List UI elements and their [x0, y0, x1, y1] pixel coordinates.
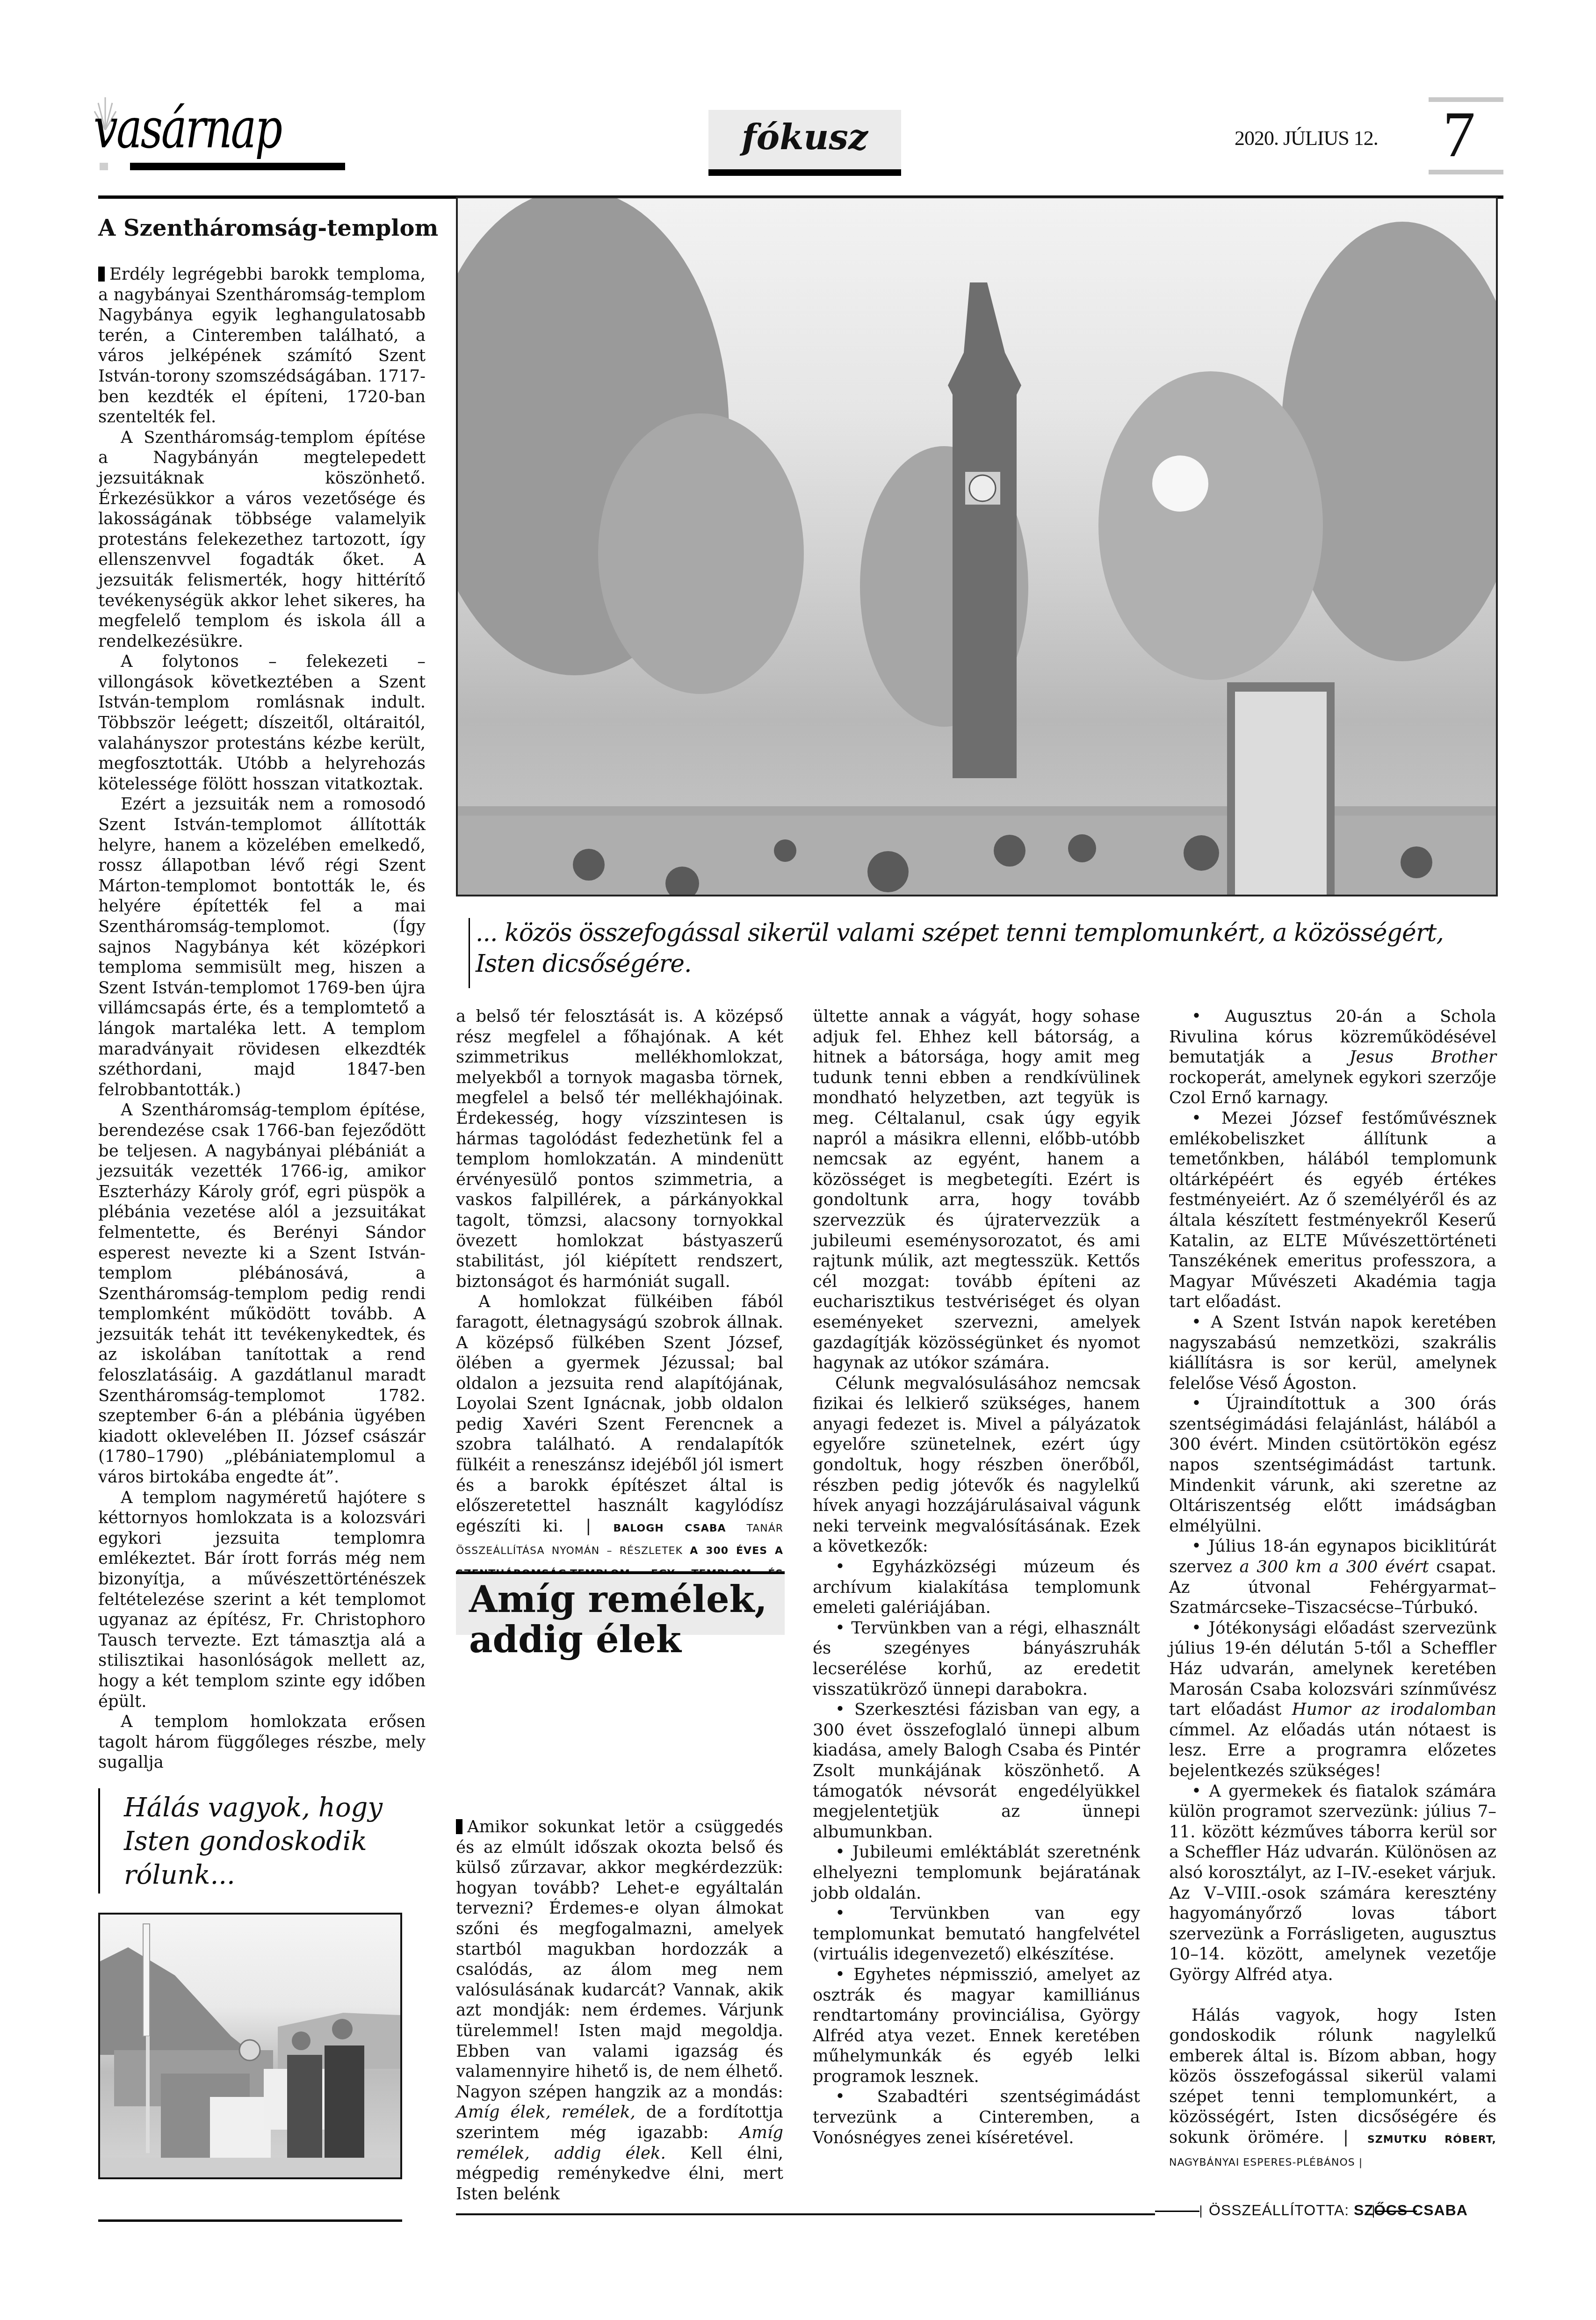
- paragraph: a belső tér felosztását is. A középső ré…: [456, 1006, 783, 1292]
- section-rule: [708, 169, 901, 176]
- altar-photo: [98, 1913, 402, 2179]
- page-number-bar-bottom: [1429, 170, 1503, 174]
- paragraph: ültette annak a vágyát, hogy sohase adju…: [813, 1006, 1140, 1373]
- column-bottom-rule: [456, 2213, 1155, 2215]
- bullet-item: • Szerkesztési fázisban van egy, a 300 é…: [813, 1699, 1140, 1842]
- closing-paragraph: Hálás vagyok, hogy Isten gondoskodik ról…: [1169, 2005, 1496, 2173]
- lead-paragraph: Erdély legrégebbi barokk temploma, a nag…: [98, 264, 426, 427]
- paragraph: A folytonos – felekezeti – villongások k…: [98, 651, 426, 794]
- paragraph: A templom nagyméretű hajótere s kéttorny…: [98, 1488, 426, 1712]
- article-column-2: a belső tér felosztását is. A középső ré…: [456, 1006, 783, 1630]
- bullet-item: • Tervünkben van egy templomunkat bemuta…: [813, 1903, 1140, 1965]
- headline: Amíg remélek, addig élek: [469, 1580, 767, 1660]
- bullet-item: • Augusztus 20-án a Schola Rivulina kóru…: [1169, 1006, 1496, 1108]
- bullet-item: • Egyhetes népmisszió, amelyet az osztrá…: [813, 1965, 1140, 2087]
- bullet-item: • A gyermekek és fiatalok számára külön …: [1169, 1781, 1496, 1985]
- lead-paragraph: Amikor sokunkat letör a csüggedés és az …: [456, 1817, 783, 2204]
- pullquote-bar: [98, 1788, 100, 1894]
- bullet-item: • Július 18-án egynapos biciklitúrát sze…: [1169, 1536, 1496, 1618]
- issue-date: 2020. JÚLIUS 12.: [1235, 126, 1378, 150]
- bullet-item: • Tervünkben van a régi, elhasznált és s…: [813, 1618, 1140, 1699]
- bullet-item: • Egyházközségi múzeum és archívum kiala…: [813, 1557, 1140, 1618]
- footer-tick-right: [1373, 2205, 1374, 2218]
- bullet-item: • Szabadtéri szentségimádást tervezünk a…: [813, 2087, 1140, 2148]
- compiled-by: ÖSSZEÁLLÍTOTTA: SZŐCS CSABA: [1209, 2202, 1468, 2219]
- masthead-logo: vasárnap: [94, 101, 281, 156]
- masthead-rule-accent: [100, 163, 108, 170]
- article2-column-2: ültette annak a vágyát, hogy sohase adju…: [813, 1006, 1140, 2148]
- credit-separator: |: [585, 1517, 591, 1536]
- main-photo: [456, 196, 1498, 896]
- lead-marker-icon: [98, 267, 105, 282]
- paragraph: A Szentháromság-templom építése, berende…: [98, 1100, 426, 1487]
- bullet-item: • A Szent István napok keretében nagysza…: [1169, 1312, 1496, 1394]
- paragraph: A templom homlokzata erősen tagolt három…: [98, 1712, 426, 1773]
- bullet-item: • Újraindítottuk a 300 órás szentségimád…: [1169, 1394, 1496, 1536]
- bullet-item: • Jubileumi emléktáblát szeretnénk elhel…: [813, 1842, 1140, 1903]
- paragraph: A Szentháromság-templom építése a Nagybá…: [98, 427, 426, 652]
- spacer: [1169, 1985, 1496, 2005]
- article2-column-3: • Augusztus 20-án a Schola Rivulina kóru…: [1169, 1006, 1496, 2173]
- paragraph: Célunk megvalósulásához nemcsak fizikai …: [813, 1373, 1140, 1557]
- photo-caption: ... közös összefogással sikerül valami s…: [476, 918, 1481, 979]
- section-label: fókusz: [708, 117, 901, 159]
- article-title: A Szentháromság-templom: [98, 216, 438, 241]
- masthead-rule: [130, 163, 345, 170]
- article2-column-1: Amikor sokunkat letör a csüggedés és az …: [456, 1817, 783, 2204]
- footer-rule-right: [1375, 2211, 1417, 2212]
- article-column-1: Erdély legrégebbi barokk temploma, a nag…: [98, 264, 426, 1773]
- pullquote: Hálás vagyok, hogy Isten gondoskodik ról…: [124, 1791, 386, 1892]
- bullet-item: • Mezei József festőművésznek emlékobeli…: [1169, 1108, 1496, 1312]
- bullet-item: • Jótékonysági előadást szervezünk júliu…: [1169, 1618, 1496, 1781]
- column-bottom-rule: [98, 2219, 402, 2222]
- paragraph: Ezért a jezsuiták nem a romosodó Szent I…: [98, 794, 426, 1100]
- lead-marker-icon: [456, 1819, 462, 1834]
- caption-bar: [469, 918, 470, 988]
- page-number: 7: [1443, 102, 1475, 167]
- footer-rule-left: [1155, 2211, 1199, 2212]
- footer-tick-left: [1200, 2205, 1201, 2218]
